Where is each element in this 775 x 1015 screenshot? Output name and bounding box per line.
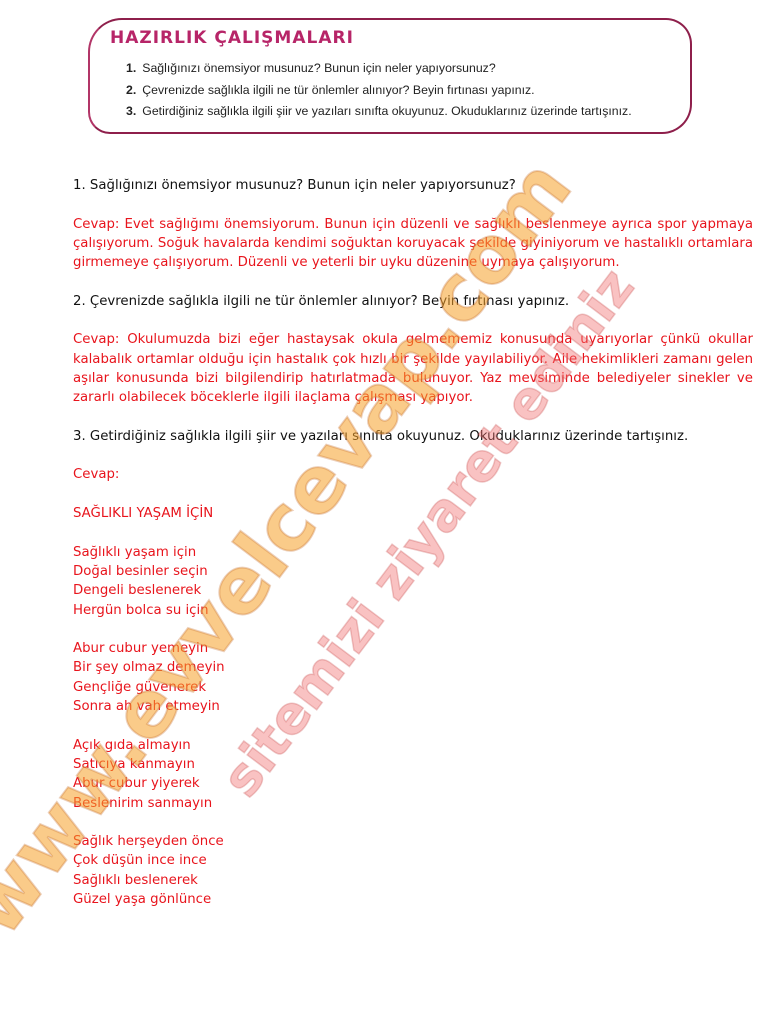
question-2: 2. Çevrenizde sağlıkla ilgili ne tür önl… bbox=[73, 292, 753, 311]
poem-line: Dengeli beslenerek bbox=[73, 581, 753, 600]
poem-line: Sağlıklı yaşam için bbox=[73, 543, 753, 562]
poem-title: SAĞLIKLI YAŞAM İÇİN bbox=[73, 504, 753, 523]
poem-stanza: Sağlıklı yaşam için Doğal besinler seçin… bbox=[73, 543, 753, 620]
preparation-title: HAZIRLIK ÇALIŞMALARI bbox=[110, 28, 354, 48]
question-number: 3. bbox=[126, 104, 136, 118]
poem-line: Sonra ah vah etmeyin bbox=[73, 697, 753, 716]
answer-3-label: Cevap: bbox=[73, 465, 753, 484]
question-number: 2. bbox=[126, 83, 136, 97]
poem-line: Güzel yaşa gönlünce bbox=[73, 890, 753, 909]
poem-line: Beslenirim sanmayın bbox=[73, 794, 753, 813]
question-3: 3. Getirdiğiniz sağlıkla ilgili şiir ve … bbox=[73, 427, 753, 446]
poem-line: Bir şey olmaz demeyin bbox=[73, 658, 753, 677]
question-1: 1. Sağlığınızı önemsiyor musunuz? Bunun … bbox=[73, 176, 753, 195]
poem-stanza: Abur cubur yemeyin Bir şey olmaz demeyin… bbox=[73, 639, 753, 716]
question-text: Getirdiğiniz sağlıkla ilgili şiir ve yaz… bbox=[142, 104, 631, 118]
poem-line: Hergün bolca su için bbox=[73, 601, 753, 620]
poem-line: Sağlıklı beslenerek bbox=[73, 871, 753, 890]
poem-line: Abur cubur yiyerek bbox=[73, 774, 753, 793]
question-number: 1. bbox=[126, 61, 136, 75]
preparation-question: 2.Çevrenizde sağlıkla ilgili ne tür önle… bbox=[126, 83, 535, 97]
question-text: Çevrenizde sağlıkla ilgili ne tür önleml… bbox=[142, 83, 534, 97]
poem-line: Satıcıya kanmayın bbox=[73, 755, 753, 774]
poem-line: Abur cubur yemeyin bbox=[73, 639, 753, 658]
poem-stanza: Açık gıda almayın Satıcıya kanmayın Abur… bbox=[73, 736, 753, 813]
preparation-question: 1.Sağlığınızı önemsiyor musunuz? Bunun i… bbox=[126, 61, 496, 75]
answer-2: Cevap: Okulumuzda bizi eğer hastaysak ok… bbox=[73, 330, 753, 407]
poem-line: Çok düşün ince ince bbox=[73, 851, 753, 870]
question-text: Sağlığınızı önemsiyor musunuz? Bunun içi… bbox=[142, 61, 495, 75]
poem-line: Açık gıda almayın bbox=[73, 736, 753, 755]
poem-stanza: Sağlık herşeyden önce Çok düşün ince inc… bbox=[73, 832, 753, 909]
poem-line: Gençliğe güvenerek bbox=[73, 678, 753, 697]
answer-1: Cevap: Evet sağlığımı önemsiyorum. Bunun… bbox=[73, 215, 753, 273]
poem-line: Sağlık herşeyden önce bbox=[73, 832, 753, 851]
answer-content: 1. Sağlığınızı önemsiyor musunuz? Bunun … bbox=[73, 176, 753, 909]
poem-line: Doğal besinler seçin bbox=[73, 562, 753, 581]
preparation-question: 3.Getirdiğiniz sağlıkla ilgili şiir ve y… bbox=[126, 104, 632, 118]
